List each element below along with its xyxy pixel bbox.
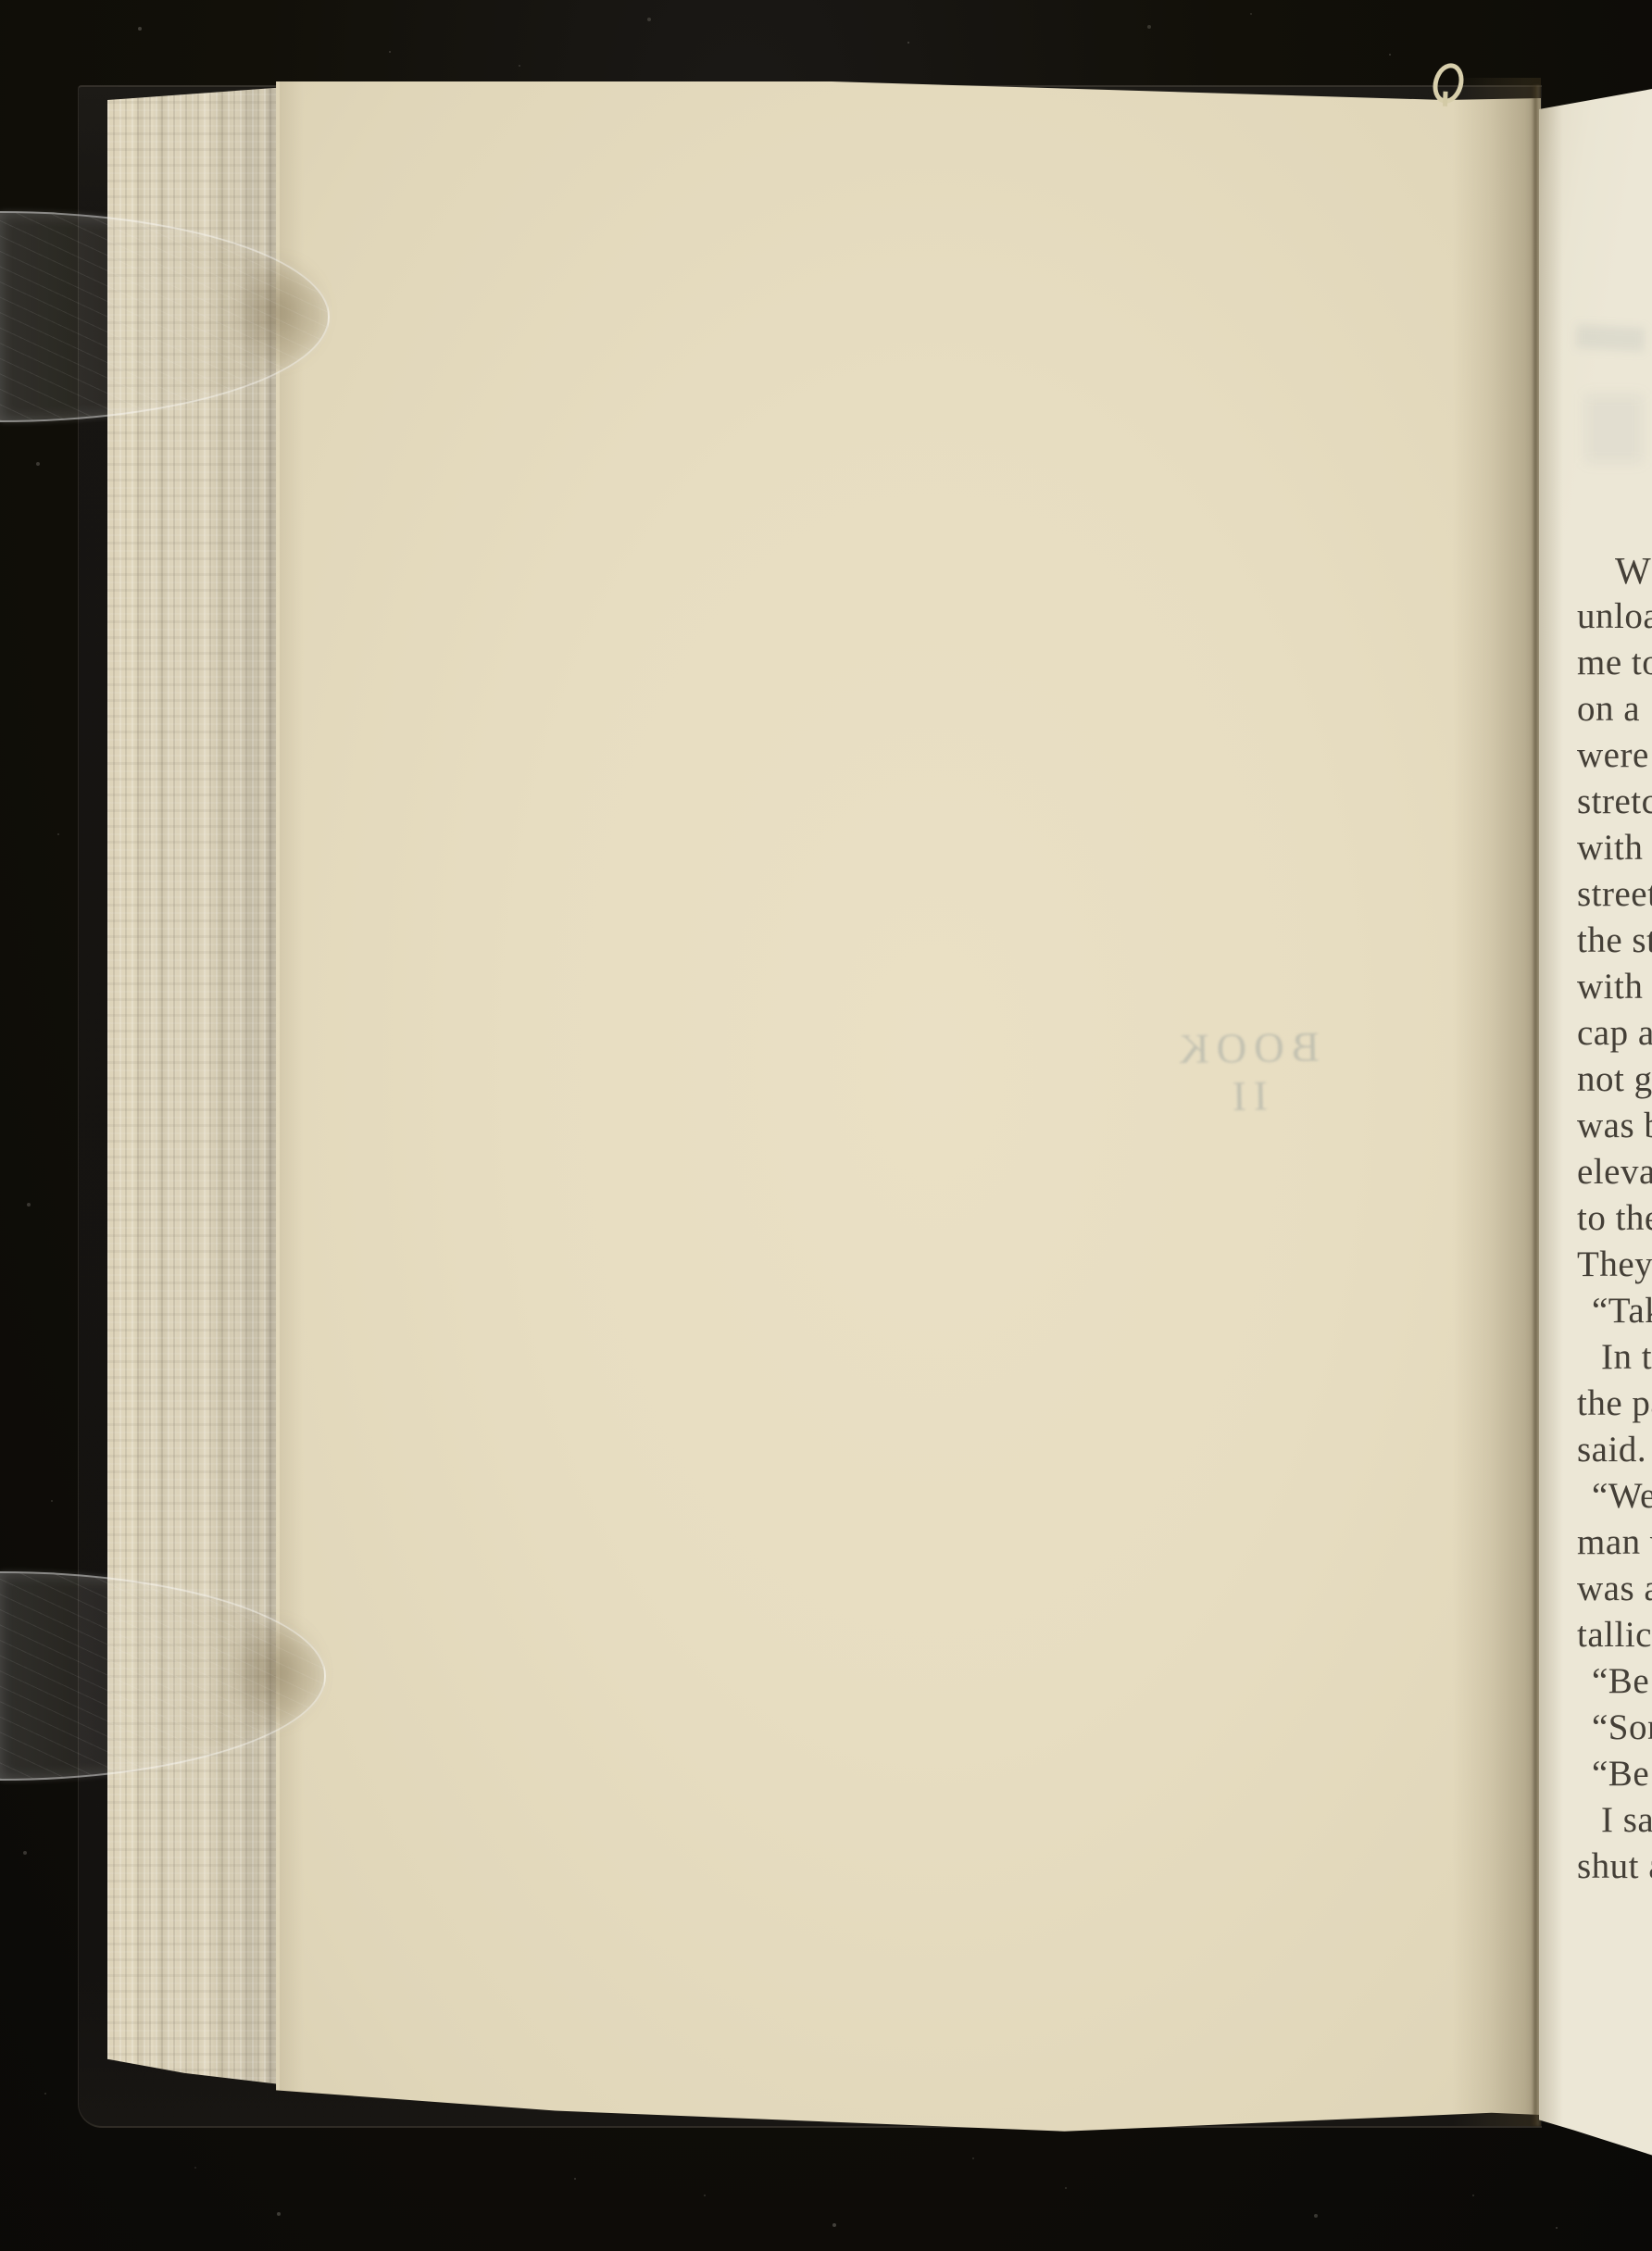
text-line: man wh	[1577, 1519, 1652, 1566]
show-through-smudge	[1575, 324, 1645, 352]
text-column: WEunloadme toon awerestretchwith astreet…	[1577, 547, 1652, 1890]
text-line: said.	[1577, 1427, 1652, 1473]
text-line: with a	[1577, 825, 1652, 871]
right-text-page: WEunloadme toon awerestretchwith astreet…	[1539, 83, 1652, 2159]
show-through-ghost-text: BOOK II	[1149, 1022, 1341, 1083]
text-line: In th	[1577, 1334, 1652, 1381]
text-line: I saw	[1577, 1797, 1652, 1844]
text-line: stretch	[1577, 779, 1652, 825]
text-line: “Be	[1577, 1658, 1652, 1705]
dust-speckles	[0, 0, 2, 2]
text-line: unload	[1577, 594, 1652, 640]
text-line: “Take	[1577, 1288, 1652, 1334]
text-line: with th	[1577, 964, 1652, 1010]
text-line: the str	[1577, 918, 1652, 964]
text-line: elevato	[1577, 1149, 1652, 1195]
text-line: me to	[1577, 640, 1652, 686]
text-line: street	[1577, 871, 1652, 918]
text-line: tallic w	[1577, 1612, 1652, 1658]
text-line: the pai	[1577, 1381, 1652, 1427]
text-line: shut an	[1577, 1844, 1652, 1890]
text-line: to ther	[1577, 1195, 1652, 1242]
text-line: not go	[1577, 1057, 1652, 1103]
text-line: on a	[1577, 686, 1652, 732]
text-line: “Be	[1577, 1751, 1652, 1797]
text-line: was be	[1577, 1103, 1652, 1149]
show-through-smudge	[1585, 394, 1643, 463]
text-line: was aro	[1577, 1566, 1652, 1612]
blank-left-page: BOOK II	[274, 76, 1541, 2133]
text-line: cap an	[1577, 1010, 1652, 1057]
text-line: WE	[1577, 547, 1652, 594]
text-line: “We	[1577, 1473, 1652, 1519]
text-line: They l	[1577, 1242, 1652, 1288]
gutter-shadow	[1452, 78, 1541, 2126]
photo-open-book: { "scene": { "description_objects": ["bl…	[0, 0, 1652, 2251]
text-line: were	[1577, 732, 1652, 779]
text-line: “Son	[1577, 1705, 1652, 1751]
